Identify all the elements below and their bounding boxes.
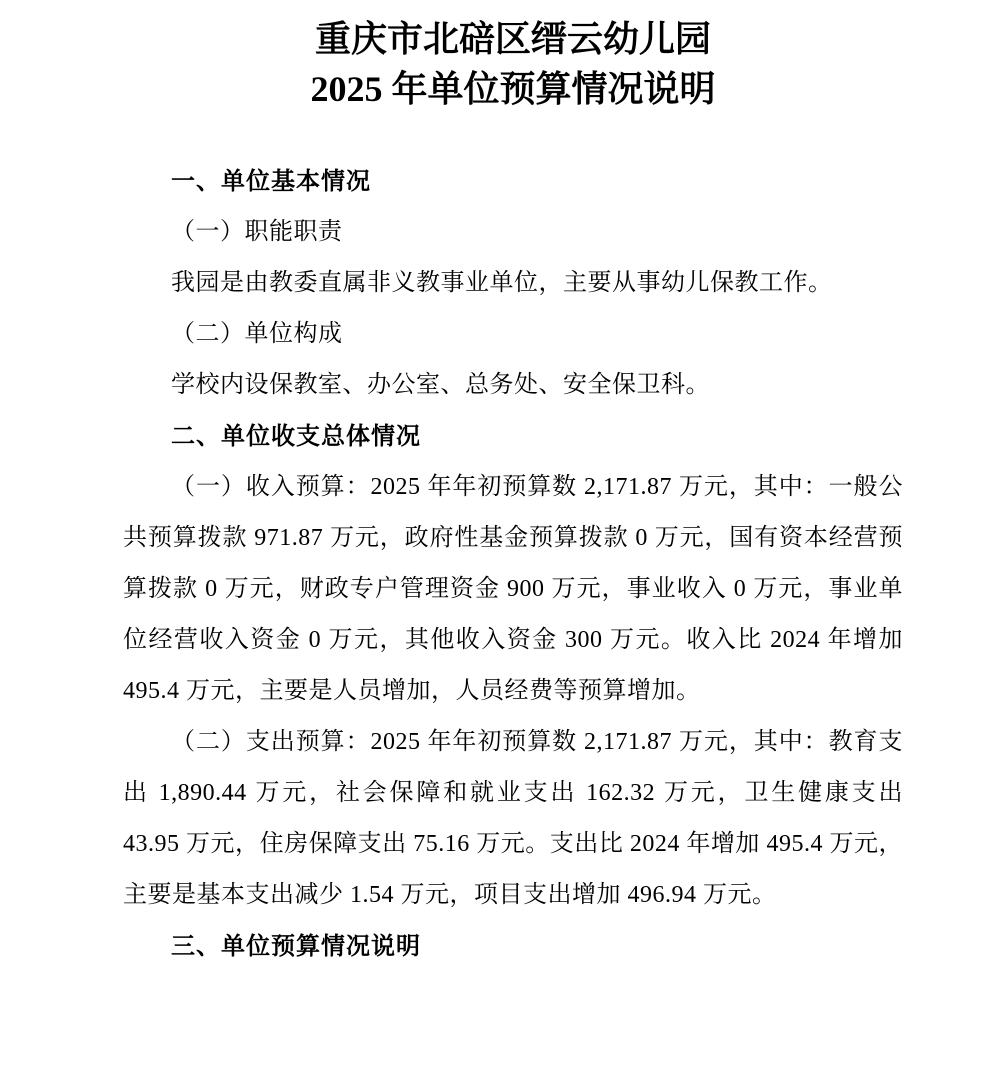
paragraph-income-budget: （一）收入预算：2025 年年初预算数 2,171.87 万元，其中：一般公共预… [123,462,903,717]
section-heading-budget-overview: 二、单位收支总体情况 [123,411,903,462]
section-heading-basic-info: 一、单位基本情况 [123,156,903,207]
section-heading-budget-explanation: 三、单位预算情况说明 [123,921,903,972]
paragraph-expenditure-budget: （二）支出预算：2025 年年初预算数 2,171.87 万元，其中：教育支出 … [123,717,903,921]
paragraph-composition-body: 学校内设保教室、办公室、总务处、安全保卫科。 [123,360,903,411]
document-title-line-1: 重庆市北碚区缙云幼儿园 [123,14,903,64]
sub-heading-duties: （一）职能职责 [123,207,903,258]
paragraph-duties-body: 我园是由教委直属非义教事业单位，主要从事幼儿保教工作。 [123,258,903,309]
sub-heading-composition: （二）单位构成 [123,309,903,360]
document-title-line-2: 2025 年单位预算情况说明 [123,64,903,114]
document-title: 重庆市北碚区缙云幼儿园 2025 年单位预算情况说明 [123,14,903,114]
document-page: 重庆市北碚区缙云幼儿园 2025 年单位预算情况说明 一、单位基本情况 （一）职… [0,0,1000,1066]
